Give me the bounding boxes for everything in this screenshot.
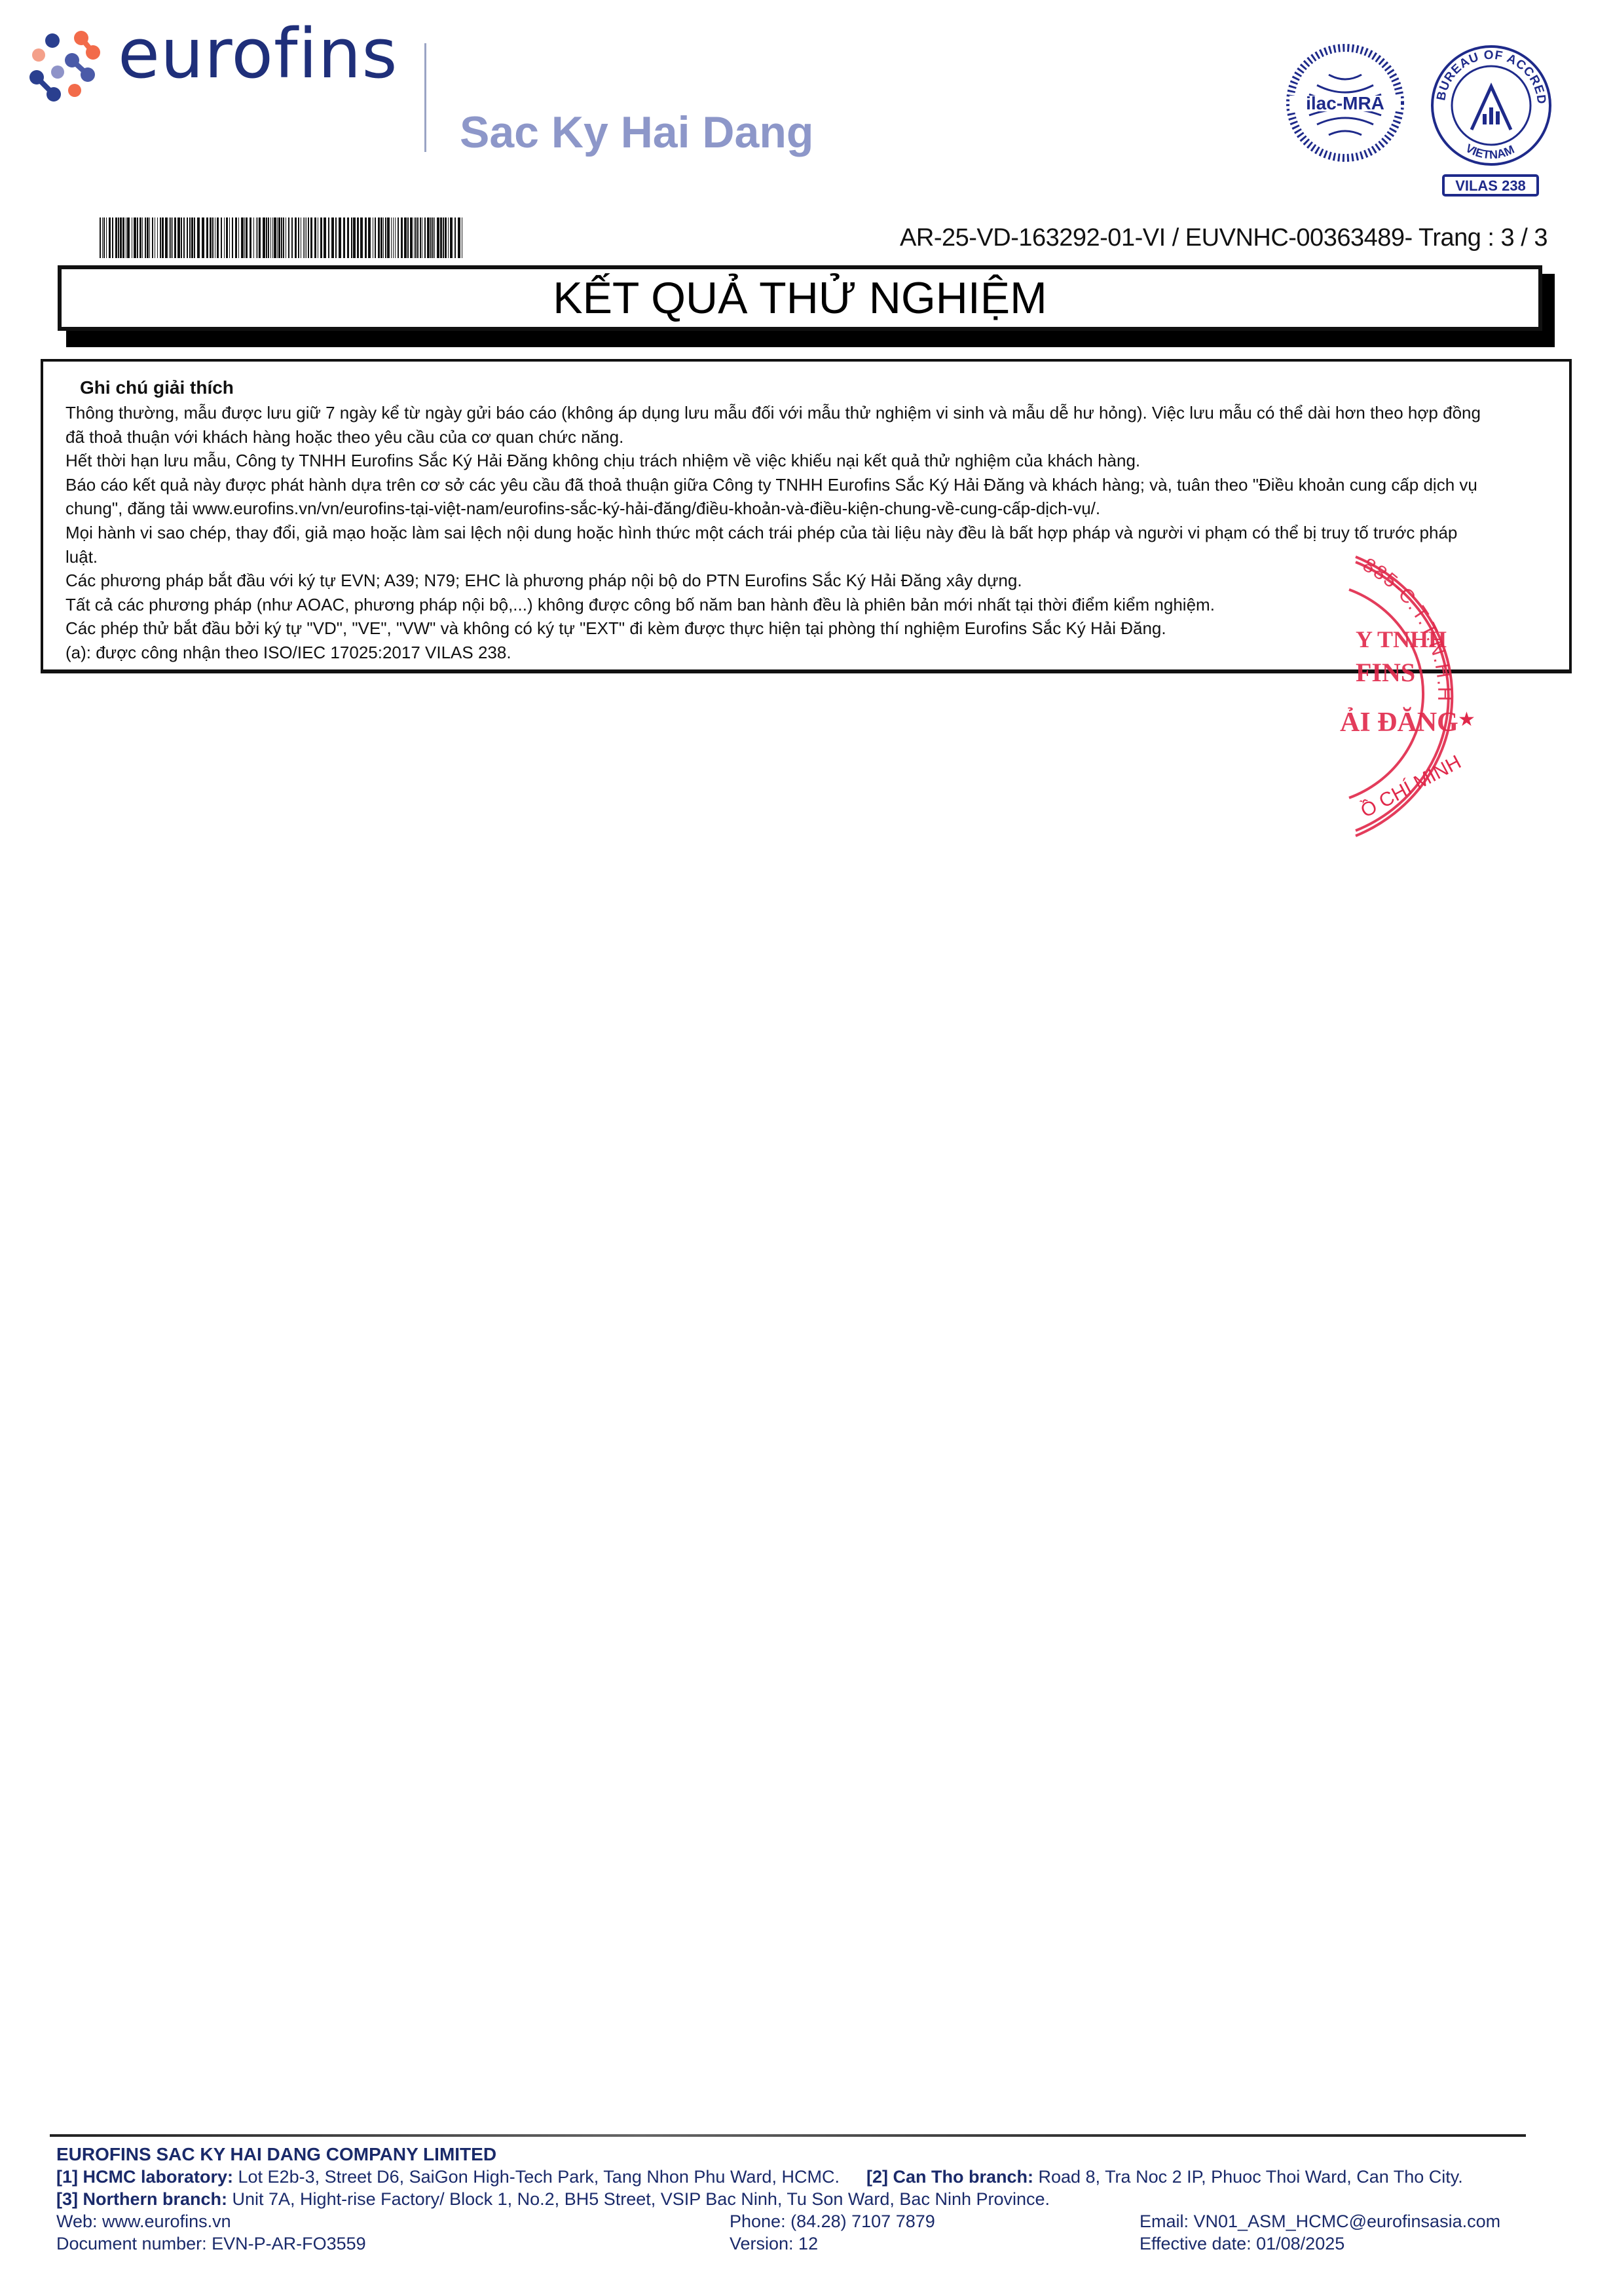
footer-company-name: EUROFINS SAC KY HAI DANG COMPANY LIMITED [56, 2143, 496, 2166]
barcode-bar [210, 217, 212, 258]
barcode-bar [257, 217, 258, 258]
note-line: đã thoả thuận với khách hàng hoặc theo y… [65, 425, 1549, 449]
barcode-bar [335, 217, 337, 258]
barcode-bar [217, 217, 219, 258]
notes-heading: Ghi chú giải thích [80, 375, 1549, 401]
brand-name: eurofins [118, 20, 398, 88]
barcode-bar [250, 217, 251, 258]
barcode-bar [314, 217, 316, 258]
barcode-bar [283, 217, 284, 258]
barcode-bar [303, 217, 304, 258]
barcode-bar [206, 217, 208, 258]
barcode-bar [305, 217, 305, 258]
barcode-bar [443, 217, 444, 258]
barcode-bar [278, 217, 280, 258]
barcode-bar [266, 217, 267, 258]
document-barcode [100, 217, 463, 258]
barcode-bar [462, 217, 462, 258]
barcode-bar [357, 217, 359, 258]
note-line: Hết thời hạn lưu mẫu, Công ty TNHH Eurof… [65, 449, 1549, 473]
barcode-bar [351, 217, 352, 258]
footer-lab3-address: Unit 7A, Hight-rise Factory/ Block 1, No… [227, 2189, 1050, 2209]
barcode-bar [407, 217, 409, 258]
note-line: Báo cáo kết quả này được phát hành dựa t… [65, 473, 1549, 497]
barcode-bar [378, 217, 380, 258]
barcode-bar [387, 217, 390, 258]
sub-brand-name: Sac Ky Hai Dang [460, 110, 813, 155]
barcode-bar [246, 217, 248, 258]
barcode-bar [272, 217, 273, 258]
barcode-bar [137, 217, 138, 258]
barcode-bar [353, 217, 356, 258]
barcode-bar [202, 217, 204, 258]
barcode-bar [385, 217, 386, 258]
footer-lab2-label: [2] Can Tho branch: [866, 2167, 1033, 2187]
barcode-bar [127, 217, 130, 258]
barcode-bar [256, 217, 257, 258]
barcode-bar [174, 217, 176, 258]
footer-lab2-address: Road 8, Tra Noc 2 IP, Phuoc Thoi Ward, C… [1033, 2167, 1463, 2187]
barcode-bar [160, 217, 161, 258]
barcode-bar [422, 217, 422, 258]
barcode-bar [331, 217, 334, 258]
barcode-bar [147, 217, 149, 258]
barcode-bar [221, 217, 222, 258]
barcode-bar [368, 217, 371, 258]
svg-text:★: ★ [1458, 709, 1475, 730]
barcode-bar [183, 217, 185, 258]
barcode-bar [328, 217, 329, 258]
barcode-bar [310, 217, 312, 258]
barcode-bar [263, 217, 265, 258]
barcode-bar [365, 217, 367, 258]
barcode-bar [448, 217, 449, 258]
barcode-bar [229, 217, 230, 258]
svg-text:ẢI ĐĂNG: ẢI ĐĂNG [1340, 707, 1458, 738]
barcode-bar [432, 217, 434, 258]
footer-web-link[interactable]: Web: www.eurofins.vn [56, 2210, 231, 2232]
barcode-bar [401, 217, 403, 258]
barcode-bar [226, 217, 228, 258]
footer-effective-date: Effective date: 01/08/2025 [1140, 2232, 1344, 2255]
eurofins-logo-icon [29, 26, 107, 105]
note-line: Các phương pháp bắt đầu với ký tự EVN; A… [65, 569, 1549, 593]
barcode-bar [324, 217, 326, 258]
barcode-bar [145, 217, 146, 258]
barcode-bar [142, 217, 143, 258]
barcode-bar [414, 217, 415, 258]
barcode-bar [139, 217, 141, 258]
barcode-bar [259, 217, 261, 258]
barcode-bar [417, 217, 418, 258]
footer-document-number: Document number: EVN-P-AR-FO3559 [56, 2232, 366, 2255]
title-box: KẾT QUẢ THỬ NGHIỆM [58, 265, 1542, 331]
barcode-bar [253, 217, 254, 258]
barcode-bar [172, 217, 173, 258]
barcode-bar [170, 217, 172, 258]
barcode-bar [100, 217, 101, 258]
note-line: luật. [65, 545, 1549, 569]
barcode-bar [445, 217, 447, 258]
barcode-bar [434, 217, 435, 258]
barcode-bar [277, 217, 278, 258]
barcode-bar [169, 217, 170, 258]
barcode-bar [191, 217, 193, 258]
barcode-bar [244, 217, 245, 258]
notes-list: Thông thường, mẫu được lưu giữ 7 ngày kể… [65, 401, 1549, 665]
note-line: Thông thường, mẫu được lưu giữ 7 ngày kể… [65, 401, 1549, 425]
barcode-bar [454, 217, 456, 258]
report-reference: AR-25-VD-163292-01-VI / EUVNHC-00363489-… [851, 224, 1548, 252]
barcode-bar [306, 217, 306, 258]
footer-lab1-address: Lot E2b-3, Street D6, SaiGon High-Tech P… [233, 2167, 840, 2187]
barcode-bar [347, 217, 349, 258]
barcode-bar [126, 217, 126, 258]
svg-text:VILAS 238: VILAS 238 [1455, 178, 1526, 194]
barcode-bar [440, 217, 442, 258]
barcode-bar [339, 217, 341, 258]
barcode-bar [189, 217, 191, 258]
barcode-bar [295, 217, 297, 258]
note-line: Mọi hành vi sao chép, thay đổi, giả mạo … [65, 521, 1549, 545]
footer-phone: Phone: (84.28) 7107 7879 [730, 2210, 935, 2232]
note-line: (a): được công nhận theo ISO/IEC 17025:2… [65, 641, 1549, 665]
barcode-bar [181, 217, 182, 258]
barcode-bar [238, 217, 239, 258]
barcode-bar [274, 217, 276, 258]
barcode-bar [424, 217, 426, 258]
barcode-bar [373, 217, 373, 258]
footer-version: Version: 12 [730, 2232, 818, 2255]
barcode-bar [427, 217, 430, 258]
barcode-bar [458, 217, 460, 258]
barcode-bar [420, 217, 421, 258]
barcode-bar [410, 217, 413, 258]
barcode-bar [301, 217, 301, 258]
barcode-bar [197, 217, 200, 258]
barcode-bar [380, 217, 382, 258]
barcode-bar [281, 217, 282, 258]
barcode-bar [109, 217, 111, 258]
barcode-bar [308, 217, 309, 258]
barcode-bar [152, 217, 153, 258]
barcode-bar [437, 217, 439, 258]
barcode-bar [162, 217, 164, 258]
barcode-bar [115, 217, 117, 258]
barcode-bar [318, 217, 318, 258]
barcode-bar [122, 217, 124, 258]
footer-lab1-label: [1] HCMC laboratory: [56, 2167, 233, 2187]
barcode-bar [102, 217, 103, 258]
barcode-bar [106, 217, 107, 258]
note-line: Các phép thử bắt đầu bởi ký tự "VD", "VE… [65, 616, 1549, 641]
barcode-bar [103, 217, 105, 258]
barcode-bar [298, 217, 299, 258]
barcode-bar [149, 217, 150, 258]
barcode-bar [134, 217, 136, 258]
barcode-bar [118, 217, 119, 258]
barcode-bar [430, 217, 432, 258]
barcode-bar [212, 217, 213, 258]
logo-divider [424, 43, 426, 152]
barcode-bar [177, 217, 180, 258]
barcode-bar [270, 217, 271, 258]
note-line: chung", đăng tải www.eurofins.vn/vn/euro… [65, 497, 1549, 521]
svg-text:ilac-MRA: ilac-MRA [1306, 93, 1384, 113]
barcode-bar [157, 217, 158, 258]
footer-address-line-1: [1] HCMC laboratory: Lot E2b-3, Street D… [56, 2166, 1463, 2188]
barcode-bar [393, 217, 394, 258]
boa-vilas-logo-icon: BUREAU OF ACCREDITATION VIETNAM VILAS 23… [1429, 43, 1553, 199]
barcode-bar [165, 217, 168, 258]
footer-divider [50, 2134, 1526, 2137]
barcode-bar [120, 217, 122, 258]
footer: EUROFINS SAC KY HAI DANG COMPANY LIMITED… [56, 2143, 1563, 2235]
barcode-bar [383, 217, 384, 258]
barcode-bar [187, 217, 188, 258]
footer-address-line-2: [3] Northern branch: Unit 7A, Hight-rise… [56, 2188, 1050, 2210]
barcode-bar [360, 217, 363, 258]
barcode-bar [215, 217, 215, 258]
barcode-bar [343, 217, 345, 258]
barcode-bar [194, 217, 195, 258]
footer-email[interactable]: Email: VN01_ASM_HCMC@eurofinsasia.com [1140, 2210, 1500, 2232]
barcode-bar [268, 217, 269, 258]
barcode-bar [241, 217, 244, 258]
footer-lab3-label: [3] Northern branch: [56, 2189, 227, 2209]
barcode-bar [155, 217, 155, 258]
barcode-bar [320, 217, 322, 258]
barcode-bar [395, 217, 396, 258]
ilac-mra-logo-icon: ilac-MRA [1286, 43, 1405, 162]
note-line: Tất cả các phương pháp (như AOAC, phương… [65, 593, 1549, 617]
barcode-bar [224, 217, 225, 258]
barcode-bar [391, 217, 392, 258]
svg-text:Ồ CHÍ MINH: Ồ CHÍ MINH [1357, 751, 1465, 822]
barcode-bar [286, 217, 286, 258]
barcode-bar [132, 217, 132, 258]
notes-box: Ghi chú giải thích Thông thường, mẫu đượ… [41, 359, 1572, 673]
barcode-bar [415, 217, 417, 258]
page-title: KẾT QUẢ THỬ NGHIỆM [553, 273, 1047, 324]
barcode-bar [235, 217, 237, 258]
barcode-bar [112, 217, 113, 258]
barcode-bar [375, 217, 376, 258]
barcode-bar [232, 217, 233, 258]
barcode-bar [288, 217, 289, 258]
barcode-bar [291, 217, 293, 258]
barcode-bar [450, 217, 453, 258]
barcode-bar [404, 217, 407, 258]
barcode-bar [398, 217, 399, 258]
